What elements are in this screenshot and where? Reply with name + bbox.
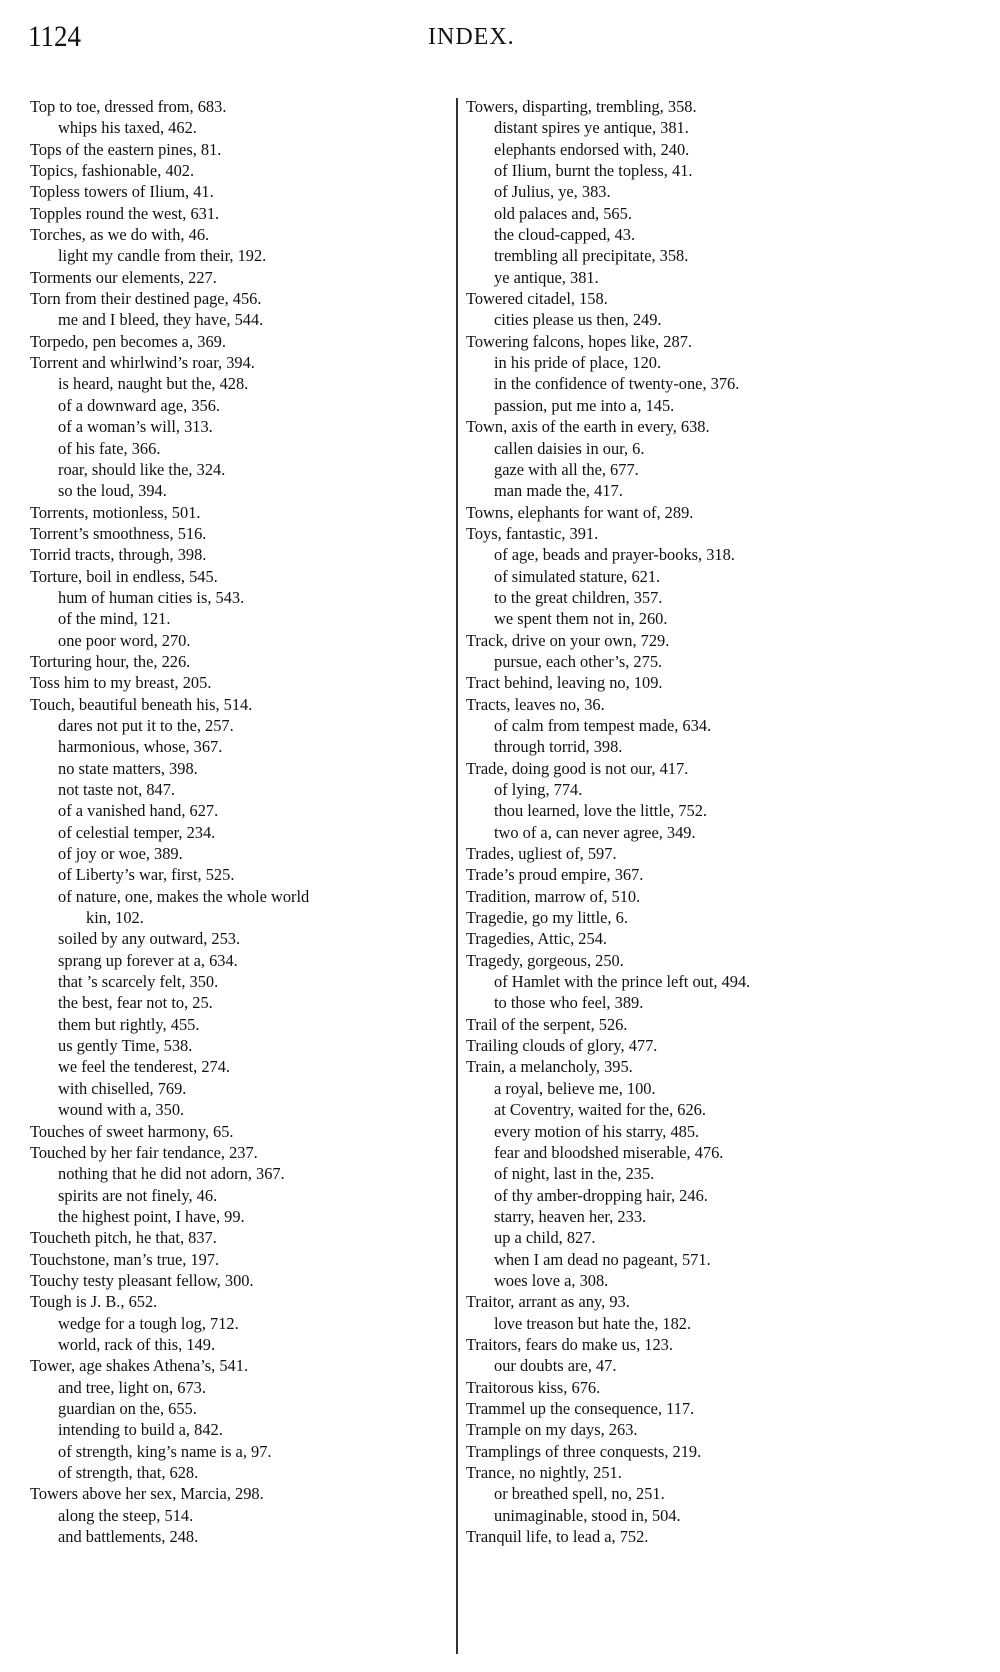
index-entry: Torturing hour, the, 226.	[30, 651, 450, 672]
index-subentry: roar, should like the, 324.	[30, 459, 450, 480]
index-subentry: of strength, that, 628.	[30, 1462, 450, 1483]
index-subentry: passion, put me into a, 145.	[466, 395, 936, 416]
index-entry: Torrid tracts, through, 398.	[30, 544, 450, 565]
index-entry: Tracts, leaves no, 36.	[466, 694, 936, 715]
index-subentry: a royal, believe me, 100.	[466, 1078, 936, 1099]
index-subentry: harmonious, whose, 367.	[30, 736, 450, 757]
index-subentry: cities please us then, 249.	[466, 309, 936, 330]
index-entry: Torpedo, pen becomes a, 369.	[30, 331, 450, 352]
index-entry: Traitors, fears do make us, 123.	[466, 1334, 936, 1355]
index-subentry: that ’s scarcely felt, 350.	[30, 971, 450, 992]
index-entry: Trammel up the consequence, 117.	[466, 1398, 936, 1419]
index-entry: Torrent’s smoothness, 516.	[30, 523, 450, 544]
index-subentry: not taste not, 847.	[30, 779, 450, 800]
index-subentry: of Hamlet with the prince left out, 494.	[466, 971, 936, 992]
index-subentry: no state matters, 398.	[30, 758, 450, 779]
index-entry: Trailing clouds of glory, 477.	[466, 1035, 936, 1056]
index-subentry: is heard, naught but the, 428.	[30, 373, 450, 394]
index-subentry: and battlements, 248.	[30, 1526, 450, 1547]
index-subentry: starry, heaven her, 233.	[466, 1206, 936, 1227]
index-entry: Trail of the serpent, 526.	[466, 1014, 936, 1035]
index-subentry: of simulated stature, 621.	[466, 566, 936, 587]
index-entry: Torrent and whirlwind’s roar, 394.	[30, 352, 450, 373]
index-subentry: sprang up forever at a, 634.	[30, 950, 450, 971]
index-entry: Torments our elements, 227.	[30, 267, 450, 288]
index-subentry: fear and bloodshed miserable, 476.	[466, 1142, 936, 1163]
index-subentry: we spent them not in, 260.	[466, 608, 936, 629]
index-subentry: of celestial temper, 234.	[30, 822, 450, 843]
index-subentry: ye antique, 381.	[466, 267, 936, 288]
index-subentry: of his fate, 366.	[30, 438, 450, 459]
index-entry: Track, drive on your own, 729.	[466, 630, 936, 651]
index-subentry: of Julius, ye, 383.	[466, 181, 936, 202]
index-subentry: wedge for a tough log, 712.	[30, 1313, 450, 1334]
index-subentry: of strength, king’s name is a, 97.	[30, 1441, 450, 1462]
index-entry: Touches of sweet harmony, 65.	[30, 1121, 450, 1142]
index-subentry: wound with a, 350.	[30, 1099, 450, 1120]
index-entry: Torrents, motionless, 501.	[30, 502, 450, 523]
index-entry: Tragedie, go my little, 6.	[466, 907, 936, 928]
index-subentry: light my candle from their, 192.	[30, 245, 450, 266]
index-subentry: of a vanished hand, 627.	[30, 800, 450, 821]
index-subentry: soiled by any outward, 253.	[30, 928, 450, 949]
index-subentry: them but rightly, 455.	[30, 1014, 450, 1035]
index-entry: Trample on my days, 263.	[466, 1419, 936, 1440]
index-entry: Tops of the eastern pines, 81.	[30, 139, 450, 160]
index-subentry: every motion of his starry, 485.	[466, 1121, 936, 1142]
index-subentry: when I am dead no pageant, 571.	[466, 1249, 936, 1270]
index-subentry: old palaces and, 565.	[466, 203, 936, 224]
index-subentry: us gently Time, 538.	[30, 1035, 450, 1056]
index-entry: Touch, beautiful beneath his, 514.	[30, 694, 450, 715]
index-entry: Town, axis of the earth in every, 638.	[466, 416, 936, 437]
index-subentry: callen daisies in our, 6.	[466, 438, 936, 459]
index-entry: Trance, no nightly, 251.	[466, 1462, 936, 1483]
index-subentry: spirits are not finely, 46.	[30, 1185, 450, 1206]
index-entry: Tower, age shakes Athena’s, 541.	[30, 1355, 450, 1376]
index-entry: Tranquil life, to lead a, 752.	[466, 1526, 936, 1547]
index-subentry: of the mind, 121.	[30, 608, 450, 629]
page-title: INDEX.	[428, 24, 515, 51]
index-subentry: and tree, light on, 673.	[30, 1377, 450, 1398]
index-subentry: guardian on the, 655.	[30, 1398, 450, 1419]
index-subentry: so the loud, 394.	[30, 480, 450, 501]
index-entry: Tough is J. B., 652.	[30, 1291, 450, 1312]
index-entry: Torches, as we do with, 46.	[30, 224, 450, 245]
index-subentry: of thy amber-dropping hair, 246.	[466, 1185, 936, 1206]
index-entry-continuation: kin, 102.	[30, 907, 450, 928]
index-subentry: to the great children, 357.	[466, 587, 936, 608]
index-subentry: world, rack of this, 149.	[30, 1334, 450, 1355]
index-entry: Topless towers of Ilium, 41.	[30, 181, 450, 202]
index-subentry: of a downward age, 356.	[30, 395, 450, 416]
index-entry: Towering falcons, hopes like, 287.	[466, 331, 936, 352]
index-subentry: the highest point, I have, 99.	[30, 1206, 450, 1227]
index-subentry: distant spires ye antique, 381.	[466, 117, 936, 138]
index-entry: Touchstone, man’s true, 197.	[30, 1249, 450, 1270]
index-entry: Toss him to my breast, 205.	[30, 672, 450, 693]
index-subentry: me and I bleed, they have, 544.	[30, 309, 450, 330]
index-subentry: at Coventry, waited for the, 626.	[466, 1099, 936, 1120]
index-subentry: of night, last in the, 235.	[466, 1163, 936, 1184]
index-entry: Touchy testy pleasant fellow, 300.	[30, 1270, 450, 1291]
index-subentry: our doubts are, 47.	[466, 1355, 936, 1376]
index-entry: Top to toe, dressed from, 683.	[30, 96, 450, 117]
index-subentry: of nature, one, makes the whole world	[30, 886, 450, 907]
page-number: 1124	[28, 20, 81, 54]
index-subentry: with chiselled, 769.	[30, 1078, 450, 1099]
index-subentry: pursue, each other’s, 275.	[466, 651, 936, 672]
index-subentry: in the confidence of twenty-one, 376.	[466, 373, 936, 394]
index-subentry: of Liberty’s war, first, 525.	[30, 864, 450, 885]
index-subentry: of calm from tempest made, 634.	[466, 715, 936, 736]
index-entry: Tramplings of three conquests, 219.	[466, 1441, 936, 1462]
index-subentry: or breathed spell, no, 251.	[466, 1483, 936, 1504]
index-entry: Trade’s proud empire, 367.	[466, 864, 936, 885]
index-entry: Towers, disparting, trembling, 358.	[466, 96, 936, 117]
index-subentry: love treason but hate the, 182.	[466, 1313, 936, 1334]
index-entry: Train, a melancholy, 395.	[466, 1056, 936, 1077]
index-subentry: nothing that he did not adorn, 367.	[30, 1163, 450, 1184]
index-entry: Traitorous kiss, 676.	[466, 1377, 936, 1398]
index-entry: Touched by her fair tendance, 237.	[30, 1142, 450, 1163]
index-subentry: one poor word, 270.	[30, 630, 450, 651]
index-subentry: intending to build a, 842.	[30, 1419, 450, 1440]
index-subentry: unimaginable, stood in, 504.	[466, 1505, 936, 1526]
index-subentry: up a child, 827.	[466, 1227, 936, 1248]
index-subentry: whips his taxed, 462.	[30, 117, 450, 138]
index-entry: Topics, fashionable, 402.	[30, 160, 450, 181]
index-entry: Tract behind, leaving no, 109.	[466, 672, 936, 693]
index-column-left: Top to toe, dressed from, 683.whips his …	[30, 96, 450, 1547]
index-subentry: of Ilium, burnt the topless, 41.	[466, 160, 936, 181]
index-subentry: thou learned, love the little, 752.	[466, 800, 936, 821]
index-entry: Tragedy, gorgeous, 250.	[466, 950, 936, 971]
index-column-right: Towers, disparting, trembling, 358.dista…	[466, 96, 936, 1547]
index-entry: Towns, elephants for want of, 289.	[466, 502, 936, 523]
index-subentry: two of a, can never agree, 349.	[466, 822, 936, 843]
index-subentry: the best, fear not to, 25.	[30, 992, 450, 1013]
index-subentry: of lying, 774.	[466, 779, 936, 800]
index-subentry: gaze with all the, 677.	[466, 459, 936, 480]
index-entry: Torn from their destined page, 456.	[30, 288, 450, 309]
index-subentry: of a woman’s will, 313.	[30, 416, 450, 437]
index-subentry: trembling all precipitate, 358.	[466, 245, 936, 266]
index-entry: Torture, boil in endless, 545.	[30, 566, 450, 587]
index-entry: Towers above her sex, Marcia, 298.	[30, 1483, 450, 1504]
index-entry: Toys, fantastic, 391.	[466, 523, 936, 544]
index-subentry: dares not put it to the, 257.	[30, 715, 450, 736]
index-entry: Tradition, marrow of, 510.	[466, 886, 936, 907]
index-subentry: man made the, 417.	[466, 480, 936, 501]
index-subentry: of joy or woe, 389.	[30, 843, 450, 864]
index-entry: Trade, doing good is not our, 417.	[466, 758, 936, 779]
index-entry: Toucheth pitch, he that, 837.	[30, 1227, 450, 1248]
index-subentry: of age, beads and prayer-books, 318.	[466, 544, 936, 565]
index-entry: Traitor, arrant as any, 93.	[466, 1291, 936, 1312]
index-subentry: through torrid, 398.	[466, 736, 936, 757]
index-subentry: we feel the tenderest, 274.	[30, 1056, 450, 1077]
index-subentry: along the steep, 514.	[30, 1505, 450, 1526]
index-subentry: hum of human cities is, 543.	[30, 587, 450, 608]
index-entry: Towered citadel, 158.	[466, 288, 936, 309]
index-subentry: in his pride of place, 120.	[466, 352, 936, 373]
index-subentry: elephants endorsed with, 240.	[466, 139, 936, 160]
index-entry: Topples round the west, 631.	[30, 203, 450, 224]
column-divider	[456, 98, 458, 1654]
index-subentry: the cloud-capped, 43.	[466, 224, 936, 245]
index-entry: Tragedies, Attic, 254.	[466, 928, 936, 949]
index-subentry: to those who feel, 389.	[466, 992, 936, 1013]
index-subentry: woes love a, 308.	[466, 1270, 936, 1291]
index-entry: Trades, ugliest of, 597.	[466, 843, 936, 864]
